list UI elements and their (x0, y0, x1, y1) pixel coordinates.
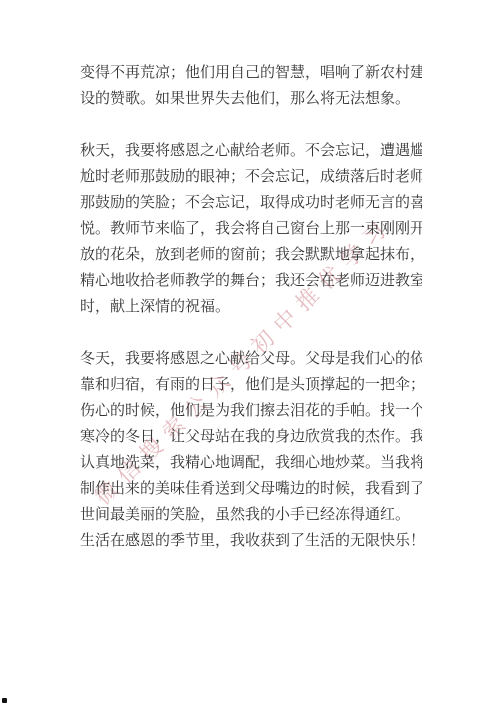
text-line: 生活在感恩的季节里，我收获到了生活的无限快乐！ (80, 528, 422, 554)
text-line: 设的赞歌。如果世界失去他们，那么将无法想象。 (80, 86, 422, 112)
text-line: 尬时老师那鼓励的眼神；不会忘记，成绩落后时老师 (80, 164, 422, 190)
scan-speck (2, 698, 7, 703)
text-line: 变得不再荒凉；他们用自己的智慧，唱响了新农村建 (80, 60, 422, 86)
text-line: 制作出来的美味佳肴送到父母嘴边的时候，我看到了 (80, 476, 422, 502)
text-line: 那鼓励的笑脸；不会忘记，取得成功时老师无言的喜 (80, 190, 422, 216)
text-line: 冬天，我要将感恩之心献给父母。父母是我们心的依 (80, 346, 422, 372)
text-line: 悦。教师节来临了，我会将自己窗台上那一束刚刚开 (80, 216, 422, 242)
text-line: 认真地洗菜，我精心地调配，我细心地炒菜。当我将 (80, 450, 422, 476)
text-line: 伤心的时候，他们是为我们擦去泪花的手帕。找一个 (80, 398, 422, 424)
essay-body: 变得不再荒凉；他们用自己的智慧，唱响了新农村建设的赞歌。如果世界失去他们，那么将… (80, 60, 422, 554)
paragraph: 秋天，我要将感恩之心献给老师。不会忘记，遭遇尴尬时老师那鼓励的眼神；不会忘记，成… (80, 138, 422, 320)
text-line: 靠和归宿，有雨的日子，他们是头顶撑起的一把伞； (80, 372, 422, 398)
text-line: 秋天，我要将感恩之心献给老师。不会忘记，遭遇尴 (80, 138, 422, 164)
paragraph: 变得不再荒凉；他们用自己的智慧，唱响了新农村建设的赞歌。如果世界失去他们，那么将… (80, 60, 422, 112)
text-line: 世间最美丽的笑脸，虽然我的小手已经冻得通红。 (80, 502, 422, 528)
text-line: 放的花朵，放到老师的窗前；我会默默地拿起抹布， (80, 242, 422, 268)
paragraph: 冬天，我要将感恩之心献给父母。父母是我们心的依靠和归宿，有雨的日子，他们是头顶撑… (80, 346, 422, 528)
text-line: 时，献上深情的祝福。 (80, 294, 422, 320)
text-line: 精心地收拾老师教学的舞台；我还会在老师迈进教室 (80, 268, 422, 294)
paragraph: 生活在感恩的季节里，我收获到了生活的无限快乐！ (80, 528, 422, 554)
text-line: 寒冷的冬日，让父母站在我的身边欣赏我的杰作。我 (80, 424, 422, 450)
document-page: 微信搜索公众号初中推优学习 变得不再荒凉；他们用自己的智慧，唱响了新农村建设的赞… (0, 0, 500, 707)
